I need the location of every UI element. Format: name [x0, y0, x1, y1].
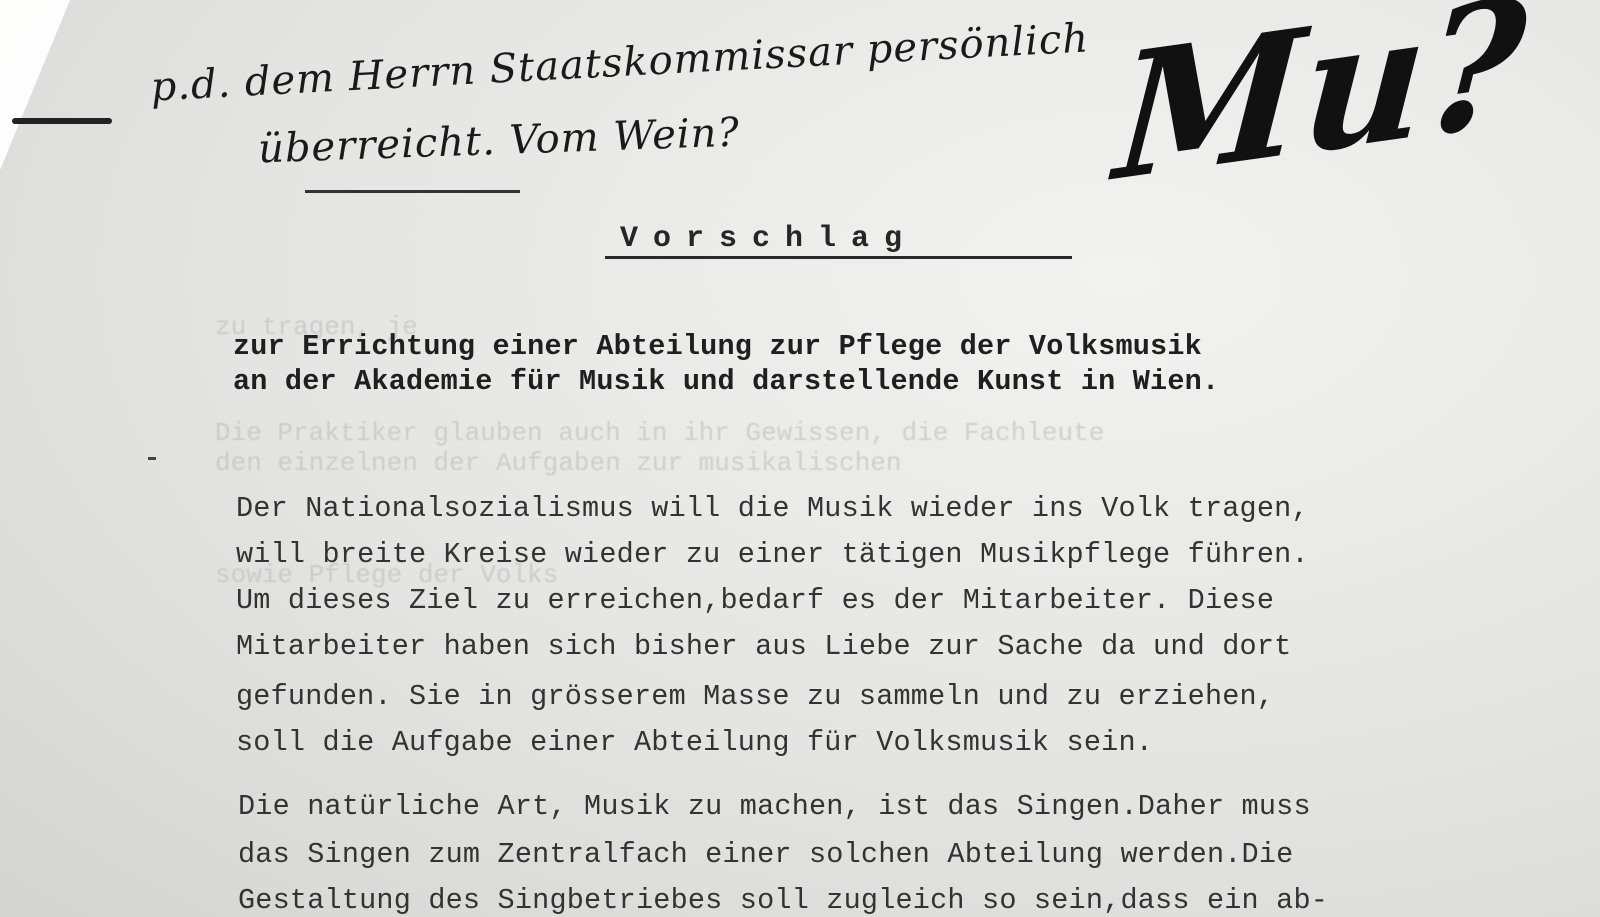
body-line: soll die Aufgabe einer Abteilung für Vol…	[236, 726, 1153, 759]
bleed-through-text: den einzelnen der Aufgaben zur musikalis…	[215, 448, 902, 478]
body-line: Um dieses Ziel zu erreichen,bedarf es de…	[236, 584, 1274, 617]
subtitle-line: zur Errichtung einer Abteilung zur Pfleg…	[233, 330, 1202, 363]
body-line: will breite Kreise wieder zu einer tätig…	[236, 538, 1309, 571]
document-title: Vorschlag	[605, 222, 1072, 259]
folded-page-corner	[0, 0, 70, 170]
body-line: das Singen zum Zentralfach einer solchen…	[238, 838, 1293, 871]
body-line: Gestaltung des Singbetriebes soll zuglei…	[238, 884, 1328, 917]
subtitle-line: an der Akademie für Musik und darstellen…	[233, 365, 1219, 398]
handwritten-note-line2: überreicht. Vom Wein?	[257, 110, 740, 173]
handwritten-underline	[305, 190, 520, 193]
body-line: Die natürliche Art, Musik zu machen, ist…	[238, 790, 1311, 823]
handwritten-note-line1: p.d. dem Herrn Staatskommissar persönlic…	[149, 15, 1090, 110]
margin-tick	[148, 457, 156, 460]
body-line: gefunden. Sie in grösserem Masse zu samm…	[236, 680, 1274, 713]
handwritten-signature: Mu?	[1111, 0, 1531, 205]
body-line: Der Nationalsozialismus will die Musik w…	[236, 492, 1309, 525]
body-line: Mitarbeiter haben sich bisher aus Liebe …	[236, 630, 1291, 663]
bleed-through-text: Die Praktiker glauben auch in ihr Gewiss…	[215, 418, 1104, 448]
margin-dash-mark	[12, 118, 112, 124]
scanned-document-page: zu tragen, je Die Praktiker glauben auch…	[0, 0, 1600, 917]
